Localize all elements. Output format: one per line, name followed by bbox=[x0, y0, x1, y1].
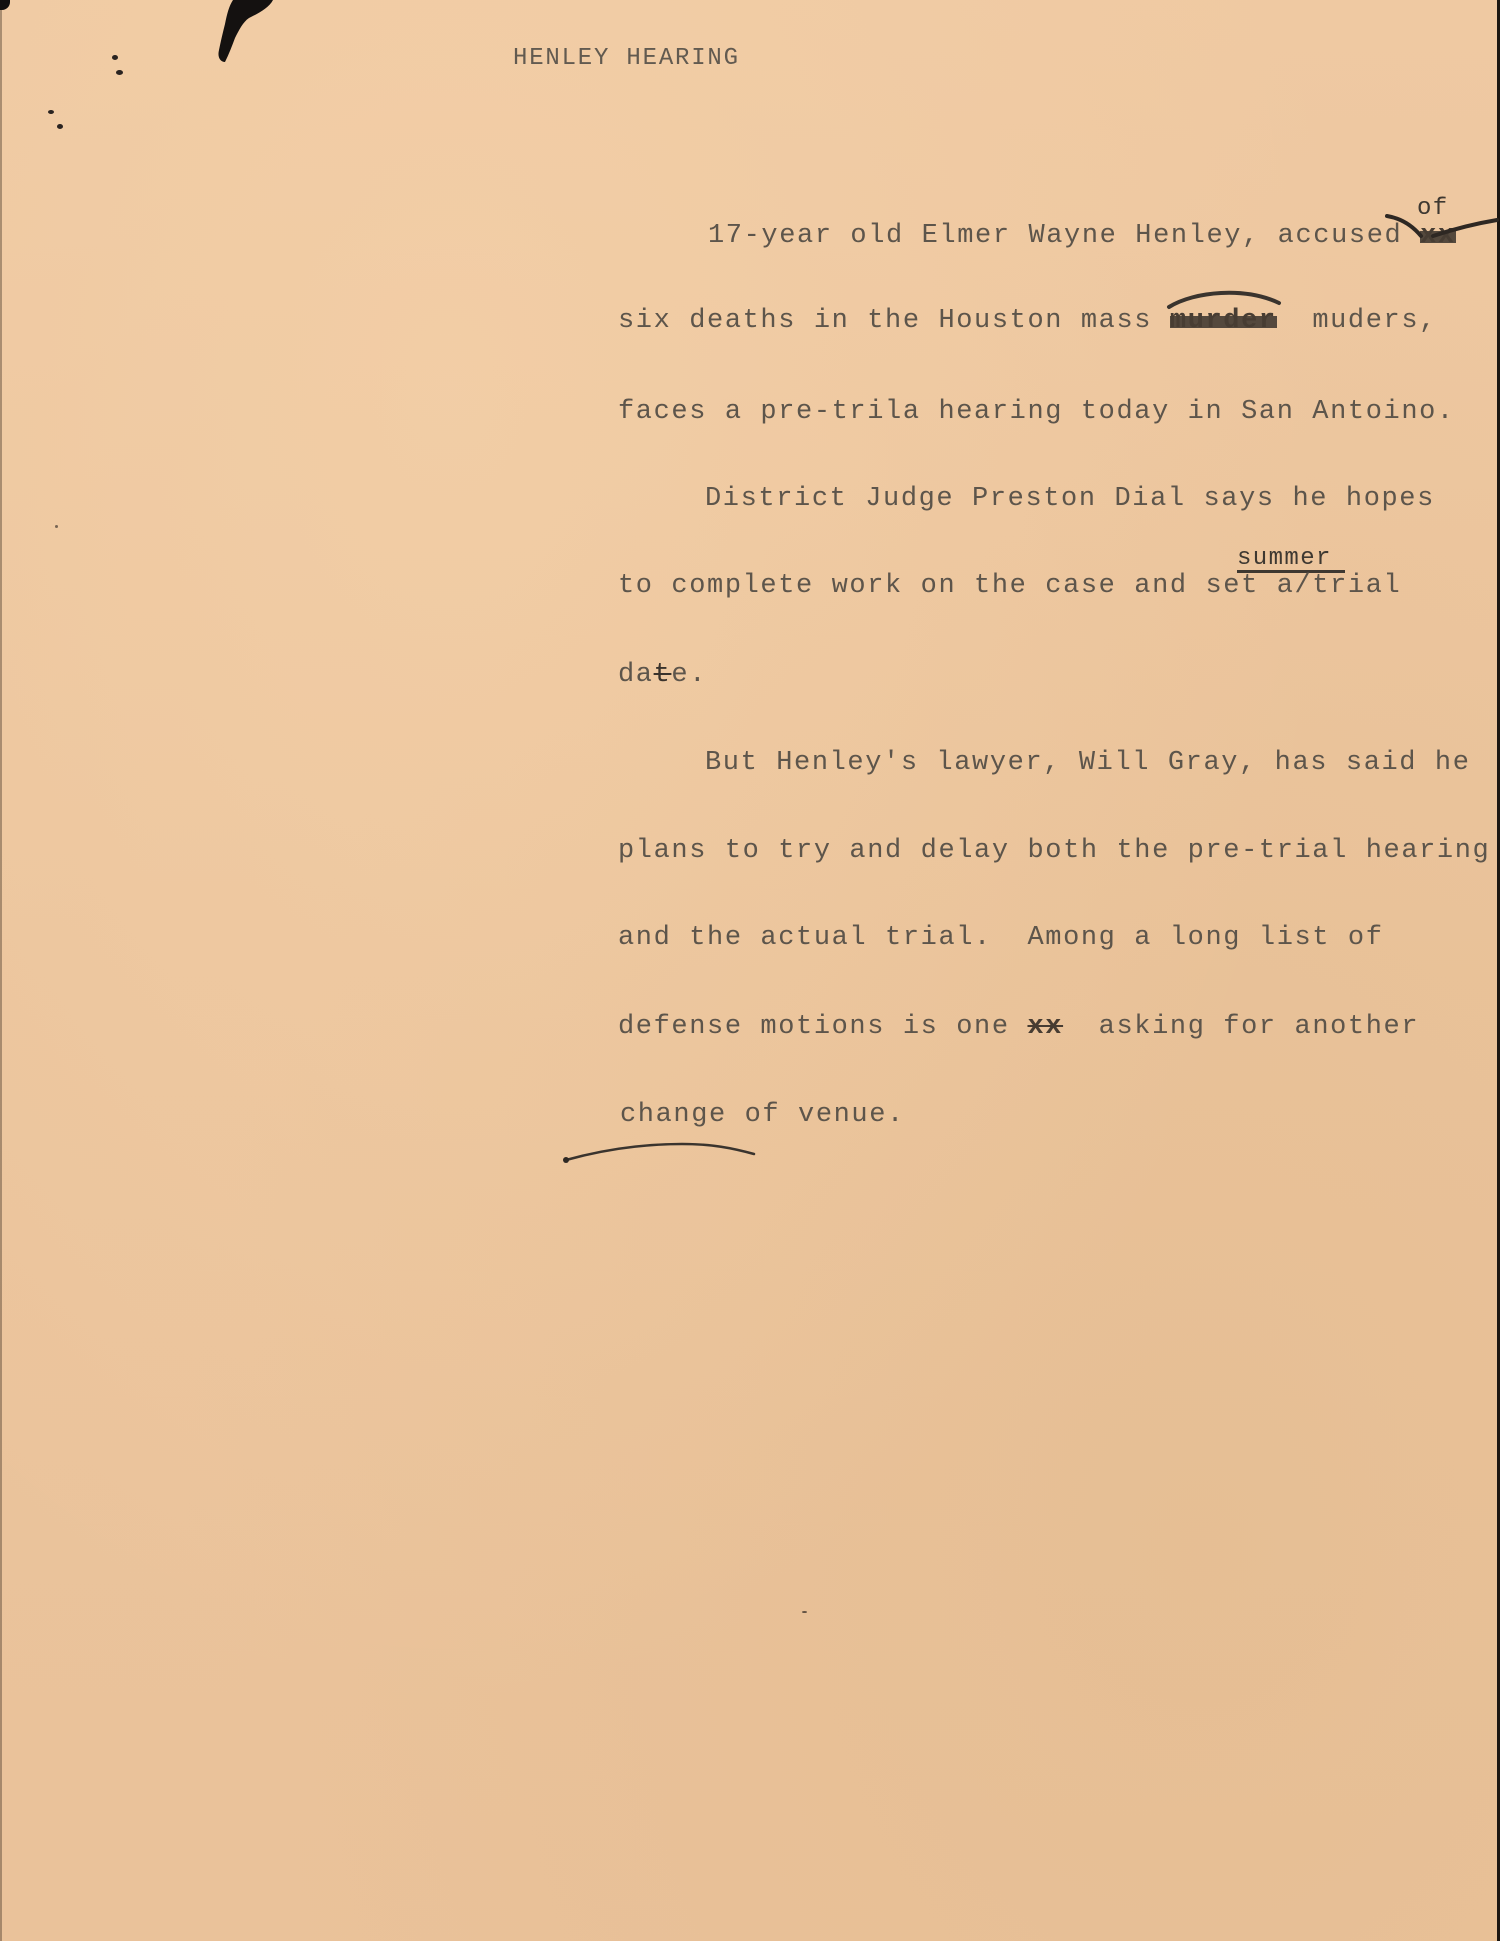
typed-text: defense motions is one bbox=[618, 1012, 1027, 1042]
speck-mark bbox=[48, 110, 54, 114]
inserted-word-summer: summer bbox=[1237, 545, 1332, 572]
document-title: HENLEY HEARING bbox=[513, 45, 740, 72]
paper-left-edge bbox=[0, 0, 2, 1941]
speck-mark bbox=[55, 525, 58, 528]
typed-text: six deaths in the Houston mass bbox=[618, 306, 1170, 336]
typed-text: e. bbox=[671, 660, 707, 690]
struck-text: xx bbox=[1027, 1014, 1063, 1041]
body-line: District Judge Preston Dial says he hope… bbox=[705, 486, 1435, 513]
typed-text: muders, bbox=[1277, 306, 1437, 336]
speck-mark bbox=[57, 124, 63, 129]
body-line: faces a pre-trila hearing today in San A… bbox=[618, 399, 1455, 426]
typed-text: 17-year old Elmer Wayne Henley, accused bbox=[708, 221, 1420, 251]
body-line: defense motions is one xx asking for ano… bbox=[618, 1014, 1419, 1041]
body-line: plans to try and delay both the pre-tria… bbox=[618, 838, 1490, 865]
body-line: six deaths in the Houston mass murder mu… bbox=[618, 308, 1437, 335]
end-mark-pencil bbox=[562, 1138, 762, 1168]
pencil-arc-mark bbox=[1165, 285, 1285, 315]
body-line: change of venue. bbox=[620, 1102, 905, 1129]
typed-text: da bbox=[618, 660, 654, 690]
body-line: date. bbox=[618, 662, 707, 689]
ink-blot-mark bbox=[205, 0, 275, 65]
corner-ink-mark bbox=[0, 0, 10, 10]
body-line: But Henley's lawyer, Will Gray, has said… bbox=[705, 750, 1471, 777]
struck-text: t bbox=[654, 660, 672, 690]
body-line: and the actual trial. Among a long list … bbox=[618, 925, 1384, 952]
speck-mark bbox=[802, 1611, 807, 1613]
speck-mark bbox=[116, 70, 123, 75]
typed-text: asking for another bbox=[1063, 1012, 1419, 1042]
speck-mark bbox=[112, 55, 118, 60]
caret-mark bbox=[1385, 210, 1500, 250]
body-line: to complete work on the case and set a/t… bbox=[618, 573, 1401, 600]
body-line: 17-year old Elmer Wayne Henley, accused … bbox=[708, 223, 1456, 250]
